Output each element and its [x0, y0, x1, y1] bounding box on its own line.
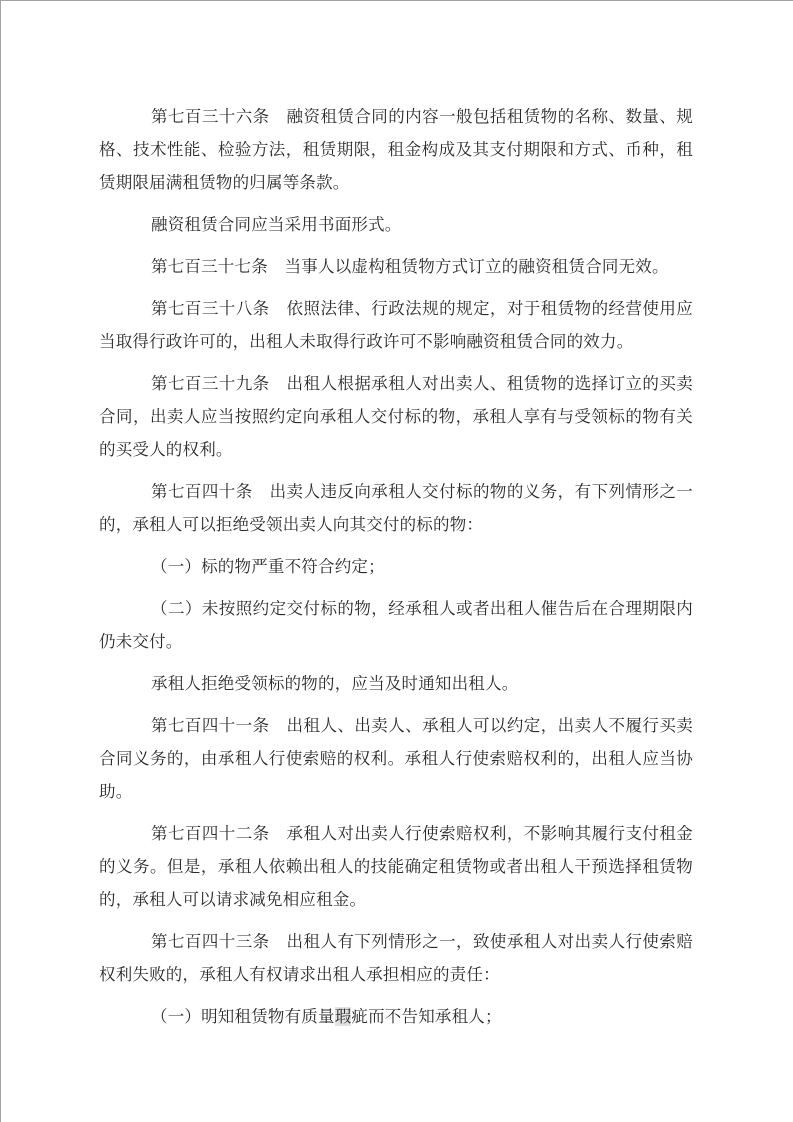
paragraph-article-740: 第七百四十条 出卖人违反向承租人交付标的物的义务，有下列情形之一的，承租人可以拒…: [99, 475, 693, 541]
paragraph-article-738: 第七百三十八条 依照法律、行政法规的规定，对于租赁物的经营使用应当取得行政许可的…: [99, 292, 693, 358]
paragraph-article-743: 第七百四十三条 出租人有下列情形之一，致使承租人对出卖人行使索赔权利失败的，承租…: [99, 925, 693, 991]
paragraph-article-740-notice: 承租人拒绝受领标的物的，应当及时通知出租人。: [99, 667, 693, 700]
paragraph-article-742: 第七百四十二条 承租人对出卖人行使索赔权利，不影响其履行支付租金的义务。但是，承…: [99, 817, 693, 916]
paragraph-article-743-item-1: （一）明知租赁物有质量瑕疵而不告知承租人；: [99, 1000, 693, 1033]
paragraph-article-737: 第七百三十七条 当事人以虚构租赁物方式订立的融资租赁合同无效。: [99, 250, 693, 283]
document-text-block: 第七百三十六条 融资租赁合同的内容一般包括租赁物的名称、数量、规格、技术性能、检…: [99, 100, 693, 1042]
highlighted-char: 瑕: [335, 1007, 352, 1026]
paragraph-article-739: 第七百三十九条 出租人根据承租人对出卖人、租赁物的选择订立的买卖合同，出卖人应当…: [99, 367, 693, 466]
paragraph-article-740-item-2: （二）未按照约定交付标的物，经承租人或者出租人催告后在合理期限内仍未交付。: [99, 592, 693, 658]
paragraph-article-740-item-1: （一）标的物严重不符合约定；: [99, 550, 693, 583]
document-page: 第七百三十六条 融资租赁合同的内容一般包括租赁物的名称、数量、规格、技术性能、检…: [0, 0, 793, 1122]
paragraph-article-736: 第七百三十六条 融资租赁合同的内容一般包括租赁物的名称、数量、规格、技术性能、检…: [99, 100, 693, 199]
paragraph-article-741: 第七百四十一条 出租人、出卖人、承租人可以约定，出卖人不履行买卖合同义务的，由承…: [99, 709, 693, 808]
paragraph-article-736-written-form: 融资租赁合同应当采用书面形式。: [99, 208, 693, 241]
